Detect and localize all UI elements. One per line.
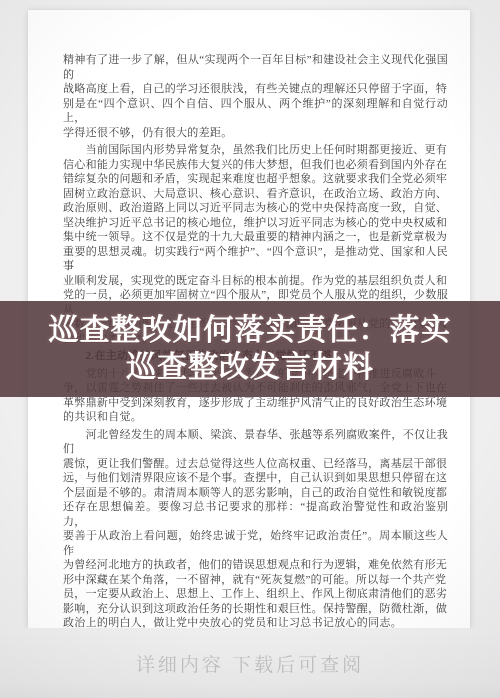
- paragraph: 河北曾经发生的周本顺、梁滨、景春华、张越等系列腐败案件，不仅让我们 震惊，更让我…: [63, 428, 448, 631]
- title-overlay-band: 巡查整改如何落实责任：落实 巡查整改发言材料: [0, 301, 500, 397]
- preview-screen: { "colors": { "background": "#f0eff0", "…: [0, 0, 500, 698]
- overlay-title-line-1: 巡查整改如何落实责任：落实: [49, 312, 452, 349]
- overlay-title-line-2: 巡查整改发言材料: [126, 349, 374, 386]
- footer-hint-bar: 详细内容 下载后可查阅: [0, 628, 500, 698]
- paragraph-continuation: 精神有了进一步了解，但从“实现两个一百年目标”和建设社会主义现代化强国的 战略高…: [63, 53, 448, 140]
- footer-hint-label: 详细内容 下载后可查阅: [136, 650, 364, 677]
